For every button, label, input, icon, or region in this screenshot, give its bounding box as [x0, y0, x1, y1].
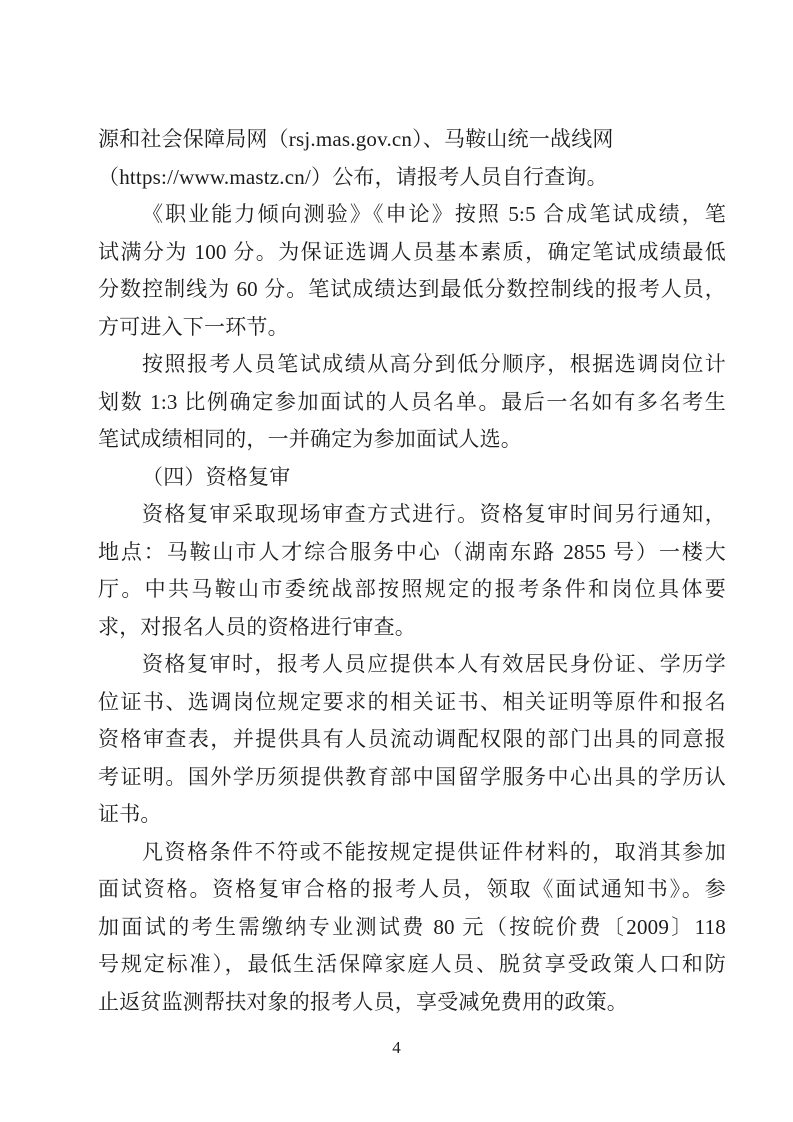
document-line: 号规定标准），最低生活保障家庭人员、脱贫享受政策人口和防: [98, 946, 726, 984]
document-line: 证书。: [98, 796, 726, 834]
document-line: （四）资格复审: [98, 459, 726, 497]
document-line: 考证明。国外学历须提供教育部中国留学服务中心出具的学历认: [98, 759, 726, 797]
document-line: 厅。中共马鞍山市委统战部按照规定的报考条件和岗位具体要: [98, 571, 726, 609]
document-line: 按照报考人员笔试成绩从高分到低分顺序，根据选调岗位计: [98, 346, 726, 384]
document-line: 分数控制线为 60 分。笔试成绩达到最低分数控制线的报考人员，: [98, 271, 726, 309]
document-line: 位证书、选调岗位规定要求的相关证书、相关证明等原件和报名: [98, 684, 726, 722]
document-line: 资格审查表，并提供具有人员流动调配权限的部门出具的同意报: [98, 721, 726, 759]
document-page: 源和社会保障局网（rsj.mas.gov.cn）、马鞍山统一战线网（https:…: [0, 0, 793, 1122]
document-line: 凡资格条件不符或不能按规定提供证件材料的，取消其参加: [98, 834, 726, 872]
document-line: 求，对报名人员的资格进行审查。: [98, 609, 726, 647]
page-number: 4: [0, 1036, 793, 1060]
document-line: 加面试的考生需缴纳专业测试费 80 元（按皖价费〔2009〕118: [98, 909, 726, 947]
document-line: 试满分为 100 分。为保证选调人员基本素质，确定笔试成绩最低: [98, 234, 726, 272]
document-line: 止返贫监测帮扶对象的报考人员，享受减免费用的政策。: [98, 984, 726, 1022]
document-line: 地点：马鞍山市人才综合服务中心（湖南东路 2855 号）一楼大: [98, 534, 726, 572]
document-line: 资格复审时，报考人员应提供本人有效居民身份证、学历学: [98, 646, 726, 684]
document-line: 面试资格。资格复审合格的报考人员，领取《面试通知书》。参: [98, 871, 726, 909]
document-line: 笔试成绩相同的，一并确定为参加面试人选。: [98, 421, 726, 459]
document-line: 源和社会保障局网（rsj.mas.gov.cn）、马鞍山统一战线网: [98, 121, 726, 159]
document-line: （https://www.mastz.cn/）公布，请报考人员自行查询。: [98, 159, 726, 197]
document-line: 《职业能力倾向测验》《申论》按照 5:5 合成笔试成绩，笔: [98, 196, 726, 234]
document-text-column: 源和社会保障局网（rsj.mas.gov.cn）、马鞍山统一战线网（https:…: [98, 121, 726, 1021]
document-line: 方可进入下一环节。: [98, 309, 726, 347]
document-line: 资格复审采取现场审查方式进行。资格复审时间另行通知，: [98, 496, 726, 534]
document-line: 划数 1:3 比例确定参加面试的人员名单。最后一名如有多名考生: [98, 384, 726, 422]
